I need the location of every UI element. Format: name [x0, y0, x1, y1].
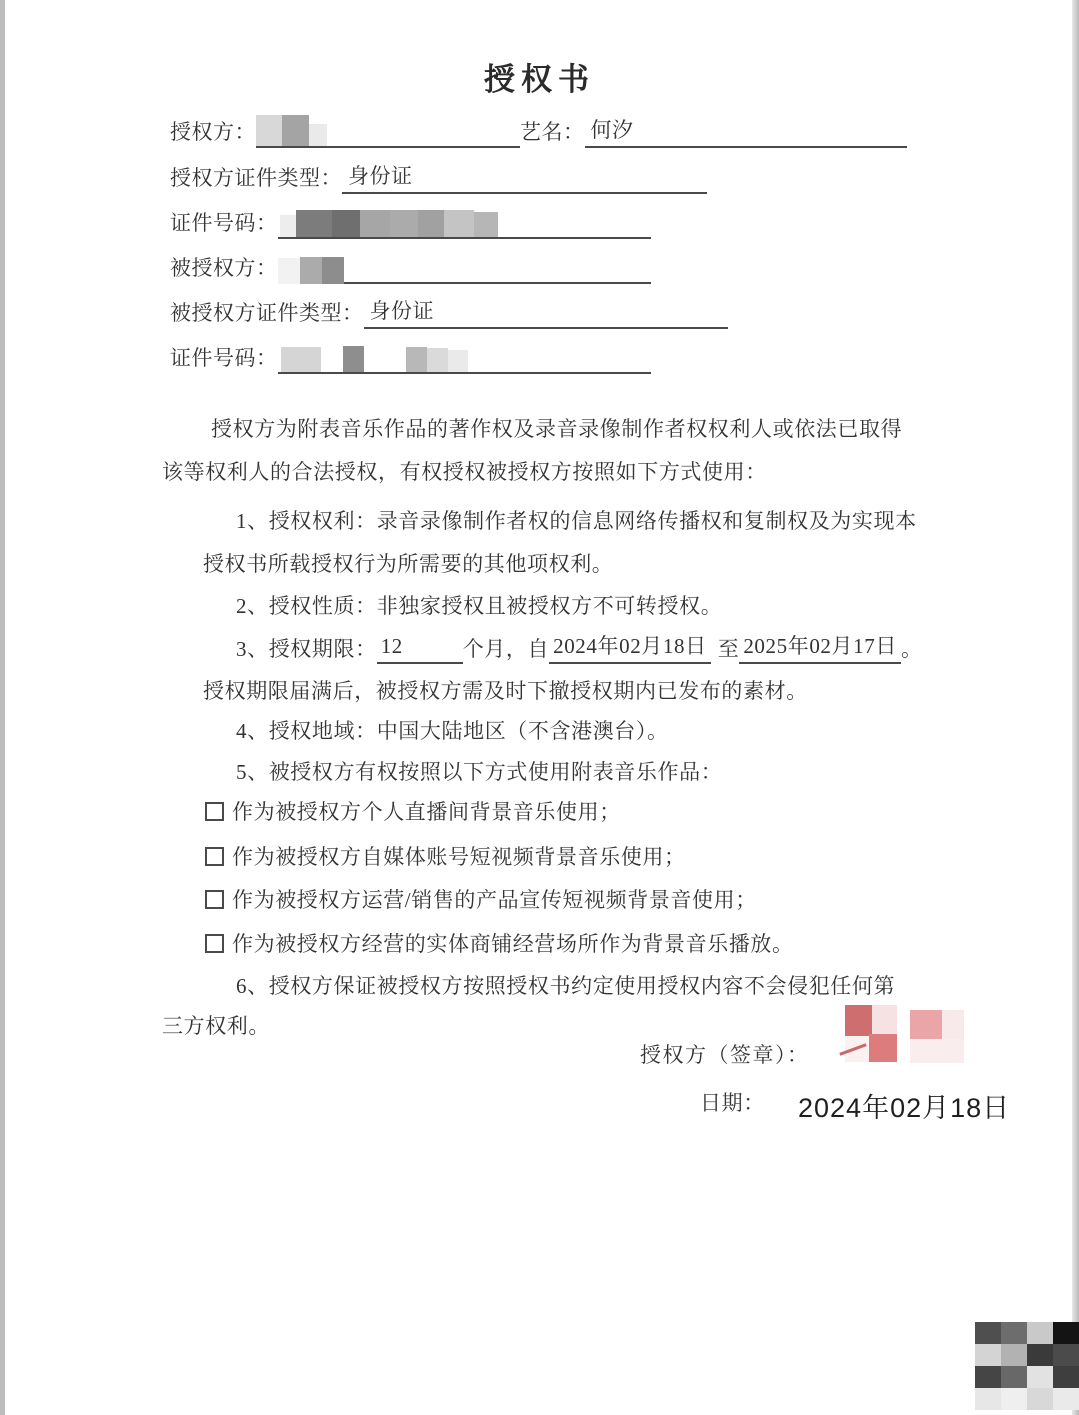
usage-option-2: 作为被授权方自媒体账号短视频背景音乐使用；: [205, 842, 686, 872]
clause-6-line-2: 三方权利。: [162, 1011, 270, 1041]
clause-3-months: 12: [377, 631, 463, 664]
intro-line-1: 授权方为附表音乐作品的著作权及录音录像制作者权权利人或依法已取得: [211, 414, 902, 444]
redacted-seal: [845, 1000, 970, 1066]
authorizer-id-type-row: 授权方证件类型： 身份证: [170, 158, 707, 194]
redacted-authorizer-name: [256, 115, 327, 146]
scan-edge-right: [1072, 0, 1079, 1415]
licensee-id-type-label: 被授权方证件类型：: [170, 297, 364, 329]
stage-name-value: 何汐: [585, 114, 634, 146]
document-title: 授权书: [0, 54, 1079, 99]
clause-3-line-2: 授权期限届满后，被授权方需及时下撤授权期内已发布的素材。: [203, 676, 808, 706]
checkbox-promo-bgm: [205, 890, 224, 909]
authorizer-id-number-field: [278, 203, 651, 239]
usage-option-1-label: 作为被授权方个人直播间背景音乐使用；: [232, 800, 621, 824]
clause-4: 4、授权地域：中国大陆地区（不含港澳台）。: [236, 716, 669, 746]
intro-line-2: 该等权利人的合法授权，有权授权被授权方按照如下方式使用：: [162, 457, 767, 487]
usage-option-3-label: 作为被授权方运营/销售的产品宣传短视频背景音使用；: [232, 888, 757, 912]
usage-option-4-label: 作为被授权方经营的实体商铺经营场所作为背景音乐播放。: [232, 932, 794, 956]
usage-option-4: 作为被授权方经营的实体商铺经营场所作为背景音乐播放。: [205, 929, 794, 959]
licensee-name-field: [344, 248, 651, 284]
checkbox-shortvideo-bgm: [205, 847, 224, 866]
licensee-id-type-value: 身份证: [364, 295, 435, 327]
authorizer-id-type-label: 授权方证件类型：: [170, 162, 342, 194]
clause-3-date-to: 2025年02月17日: [739, 631, 901, 664]
redacted-licensee-name: [278, 257, 344, 284]
id-number-label: 证件号码：: [170, 342, 278, 374]
clause-6-line-1: 6、授权方保证被授权方按照授权书约定使用授权内容不会侵犯任何第: [236, 971, 895, 1001]
signature-label: 授权方（签章）：: [640, 1040, 810, 1070]
clause-1-line-1: 1、授权权利：录音录像制作者权的信息网络传播权和复制权及为实现本: [236, 506, 917, 536]
usage-option-3: 作为被授权方运营/销售的产品宣传短视频背景音使用；: [205, 885, 757, 915]
stage-name-field: 何汐: [585, 112, 907, 148]
date-value: 2024年02月18日: [798, 1086, 1010, 1125]
clause-3-date-from: 2024年02月18日: [549, 631, 711, 664]
licensee-id-number-field: [278, 338, 651, 374]
authorizer-name-field: [256, 112, 520, 148]
clause-1-line-2: 授权书所载授权行为所需要的其他项权利。: [203, 549, 613, 579]
clause-3-prefix: 3、授权期限：: [236, 634, 377, 664]
clause-3-between: 至: [718, 634, 740, 664]
checkbox-live-bgm: [205, 802, 224, 821]
clause-3-suffix: 。: [901, 634, 923, 664]
licensee-row: 被授权方：: [170, 248, 651, 284]
usage-option-2-label: 作为被授权方自媒体账号短视频背景音乐使用；: [232, 845, 686, 869]
clause-3-after-months: 个月，自: [463, 634, 549, 664]
date-label: 日期：: [700, 1088, 765, 1118]
authorizer-id-type-field: 身份证: [342, 158, 707, 194]
redacted-licensee-id-number: [281, 346, 468, 372]
licensee-id-type-field: 身份证: [364, 293, 728, 329]
redacted-authorizer-id-number: [280, 210, 498, 237]
clause-2: 2、授权性质：非独家授权且被授权方不可转授权。: [236, 591, 722, 621]
clause-5: 5、被授权方有权按照以下方式使用附表音乐作品：: [236, 757, 722, 787]
licensee-id-type-row: 被授权方证件类型： 身份证: [170, 293, 728, 329]
checkbox-store-bgm: [205, 934, 224, 953]
id-number-label: 证件号码：: [170, 207, 278, 239]
stage-name-label: 艺名：: [520, 116, 585, 148]
licensee-id-number-row: 证件号码：: [170, 338, 651, 374]
scan-edge-left: [0, 0, 5, 1415]
authorizer-id-number-row: 证件号码：: [170, 203, 651, 239]
usage-option-1: 作为被授权方个人直播间背景音乐使用；: [205, 797, 621, 827]
clause-3: 3、授权期限： 12 个月，自 2024年02月18日 至 2025年02月17…: [236, 631, 923, 664]
authorizer-label: 授权方：: [170, 116, 256, 148]
corner-pixelation-mosaic: [975, 1322, 1079, 1410]
authorization-document: 授权书 授权方： 艺名： 何汐 授权方证件类型： 身份证 证件号码：: [0, 0, 1079, 1415]
authorizer-id-type-value: 身份证: [342, 160, 413, 192]
licensee-label: 被授权方：: [170, 252, 278, 284]
authorizer-row: 授权方： 艺名： 何汐: [170, 112, 907, 148]
